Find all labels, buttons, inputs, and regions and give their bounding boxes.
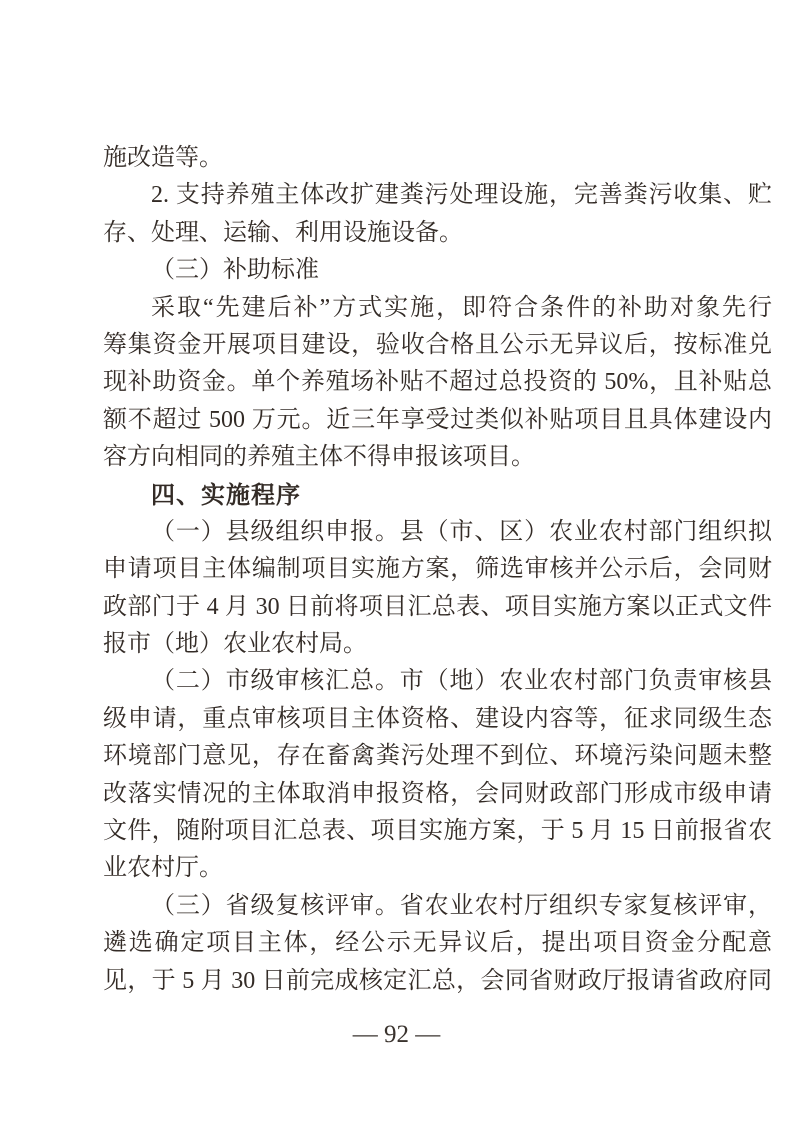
- text-line: 施改造等。: [103, 140, 772, 177]
- sub-heading: （三）补助标准: [103, 252, 772, 289]
- text-line: 筹集资金开展项目建设，验收合格且公示无异议后，按标准兑: [103, 327, 772, 364]
- text-line: 见，于 5 月 30 日前完成核定汇总，会同省财政厅报请省政府同: [103, 963, 772, 1000]
- text-line: （三）省级复核评审。省农业农村厅组织专家复核评审，: [103, 888, 772, 925]
- text-line: 采取“先建后补”方式实施，即符合条件的补助对象先行: [103, 290, 772, 327]
- text-line: 额不超过 500 万元。近三年享受过类似补贴项目且具体建设内: [103, 402, 772, 439]
- text-line: 文件，随附项目汇总表、项目实施方案，于 5 月 15 日前报省农: [103, 813, 772, 850]
- section-heading: 四、实施程序: [103, 477, 772, 514]
- text-line: 改落实情况的主体取消申报资格，会同财政部门形成市级申请: [103, 776, 772, 813]
- text-line: 政部门于 4 月 30 日前将项目汇总表、项目实施方案以正式文件: [103, 589, 772, 626]
- text-line: 2. 支持养殖主体改扩建粪污处理设施，完善粪污收集、贮: [103, 177, 772, 214]
- text-line: 容方向相同的养殖主体不得申报该项目。: [103, 439, 772, 476]
- footer-page-number: — 92 —: [0, 1020, 793, 1050]
- text-line: 级申请，重点审核项目主体资格、建设内容等，征求同级生态: [103, 701, 772, 738]
- text-line: 存、处理、运输、利用设施设备。: [103, 215, 772, 252]
- document-page: 施改造等。2. 支持养殖主体改扩建粪污处理设施，完善粪污收集、贮存、处理、运输、…: [0, 0, 793, 1122]
- text-line: 现补助资金。单个养殖场补贴不超过总投资的 50%，且补贴总: [103, 364, 772, 401]
- text-line: 业农村厅。: [103, 850, 772, 887]
- document-body: 施改造等。2. 支持养殖主体改扩建粪污处理设施，完善粪污收集、贮存、处理、运输、…: [103, 140, 772, 1000]
- text-line: （二）市级审核汇总。市（地）农业农村部门负责审核县: [103, 663, 772, 700]
- text-line: 申请项目主体编制项目实施方案，筛选审核并公示后，会同财: [103, 551, 772, 588]
- text-line: 环境部门意见，存在畜禽粪污处理不到位、环境污染问题未整: [103, 738, 772, 775]
- text-line: （一）县级组织申报。县（市、区）农业农村部门组织拟: [103, 514, 772, 551]
- text-line: 遴选确定项目主体，经公示无异议后，提出项目资金分配意: [103, 925, 772, 962]
- text-line: 报市（地）农业农村局。: [103, 626, 772, 663]
